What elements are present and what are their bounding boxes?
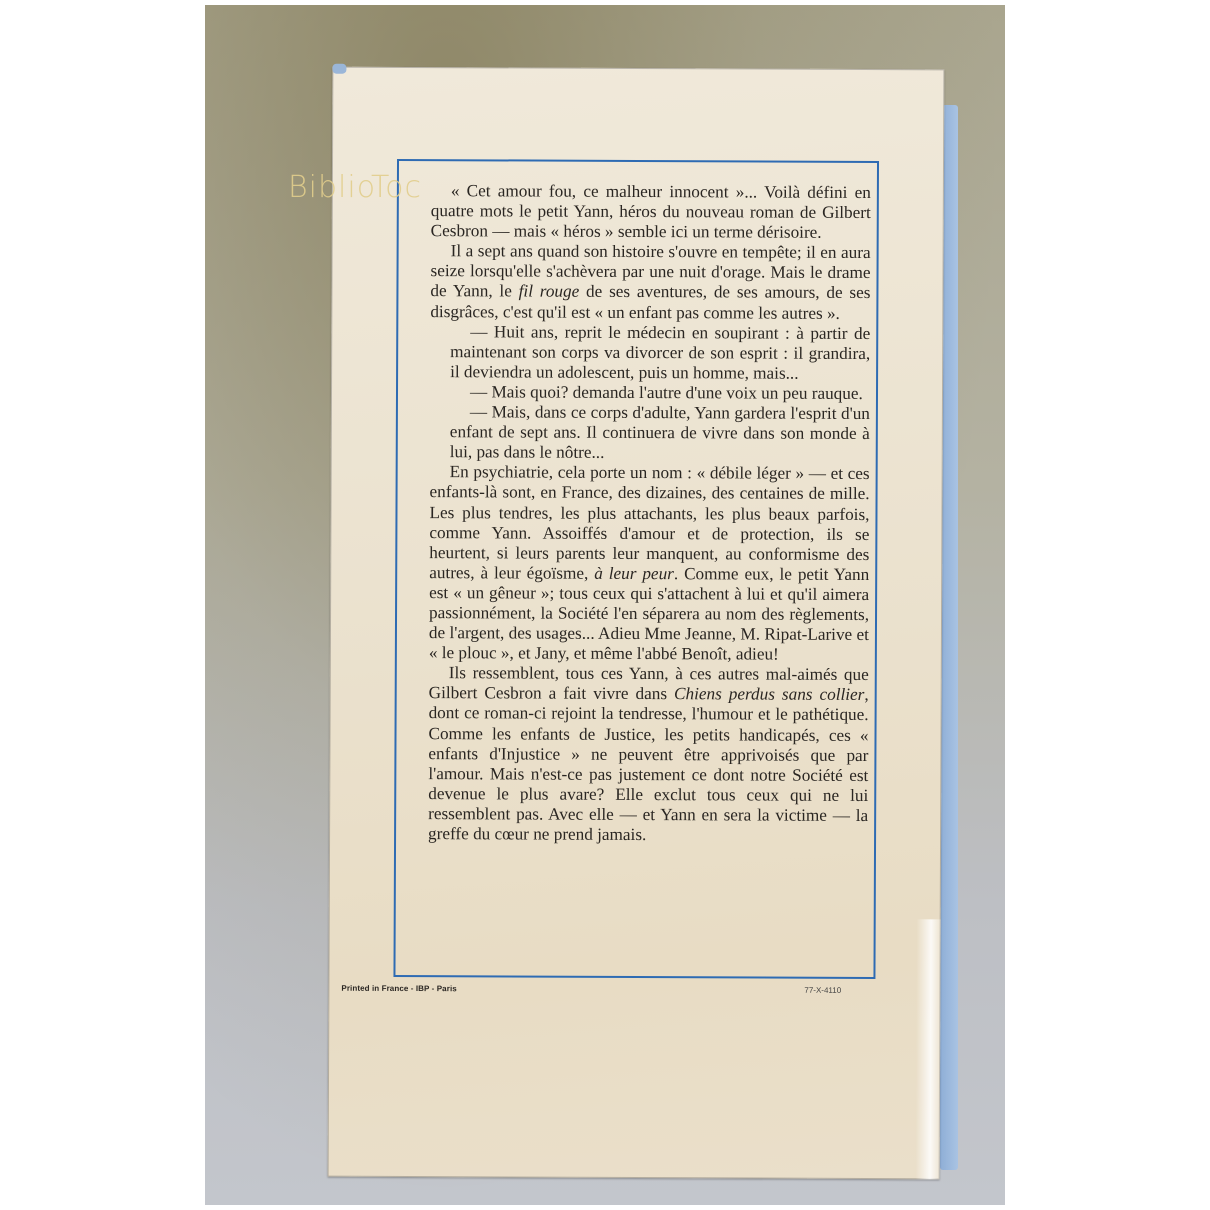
dialogue-line-1: — Huit ans, reprit le médecin en soupira… (450, 322, 870, 384)
blurb-italic: Chiens perdus sans collier (674, 685, 864, 705)
blurb-paragraph-1: « Cet amour fou, ce malheur innocent »..… (431, 181, 871, 243)
dialogue-line-3: — Mais, dans ce corps d'adulte, Yann gar… (450, 402, 870, 464)
blurb-text-span: , dont ce roman-ci rejoint la tendresse,… (428, 685, 869, 844)
blurb-text-span: — Mais quoi? demanda l'autre d'une voix … (470, 382, 863, 403)
printer-imprint: Printed in France - IBP - Paris (341, 984, 456, 994)
blurb-frame: « Cet amour fou, ce malheur innocent »..… (393, 159, 879, 979)
blurb-italic: à leur peur (594, 564, 674, 583)
book-photo: « Cet amour fou, ce malheur innocent »..… (205, 5, 1005, 1205)
blurb-paragraph-3: En psychiatrie, cela porte un nom : « dé… (429, 462, 870, 665)
blurb-text: « Cet amour fou, ce malheur innocent »..… (428, 181, 871, 846)
blurb-text-span: « Cet amour fou, ce malheur innocent »..… (431, 181, 871, 242)
blurb-italic: fil rouge (519, 282, 580, 301)
catalog-code: 77-X-4110 (804, 986, 841, 995)
worn-corner (332, 64, 346, 74)
light-glare (916, 919, 941, 1179)
blurb-text-span: — Mais, dans ce corps d'adulte, Yann gar… (450, 402, 870, 462)
blurb-text-span: — Huit ans, reprit le médecin en soupira… (450, 322, 870, 383)
dialogue-line-2: — Mais quoi? demanda l'autre d'une voix … (450, 382, 870, 404)
watermark-logo: BiblioToc (288, 170, 422, 205)
blurb-paragraph-4: Ils ressemblent, tous ces Yann, à ces au… (428, 663, 869, 846)
book-back-cover: « Cet amour fou, ce malheur innocent »..… (328, 67, 945, 1180)
blurb-paragraph-2: Il a sept ans quand son histoire s'ouvre… (430, 241, 870, 323)
